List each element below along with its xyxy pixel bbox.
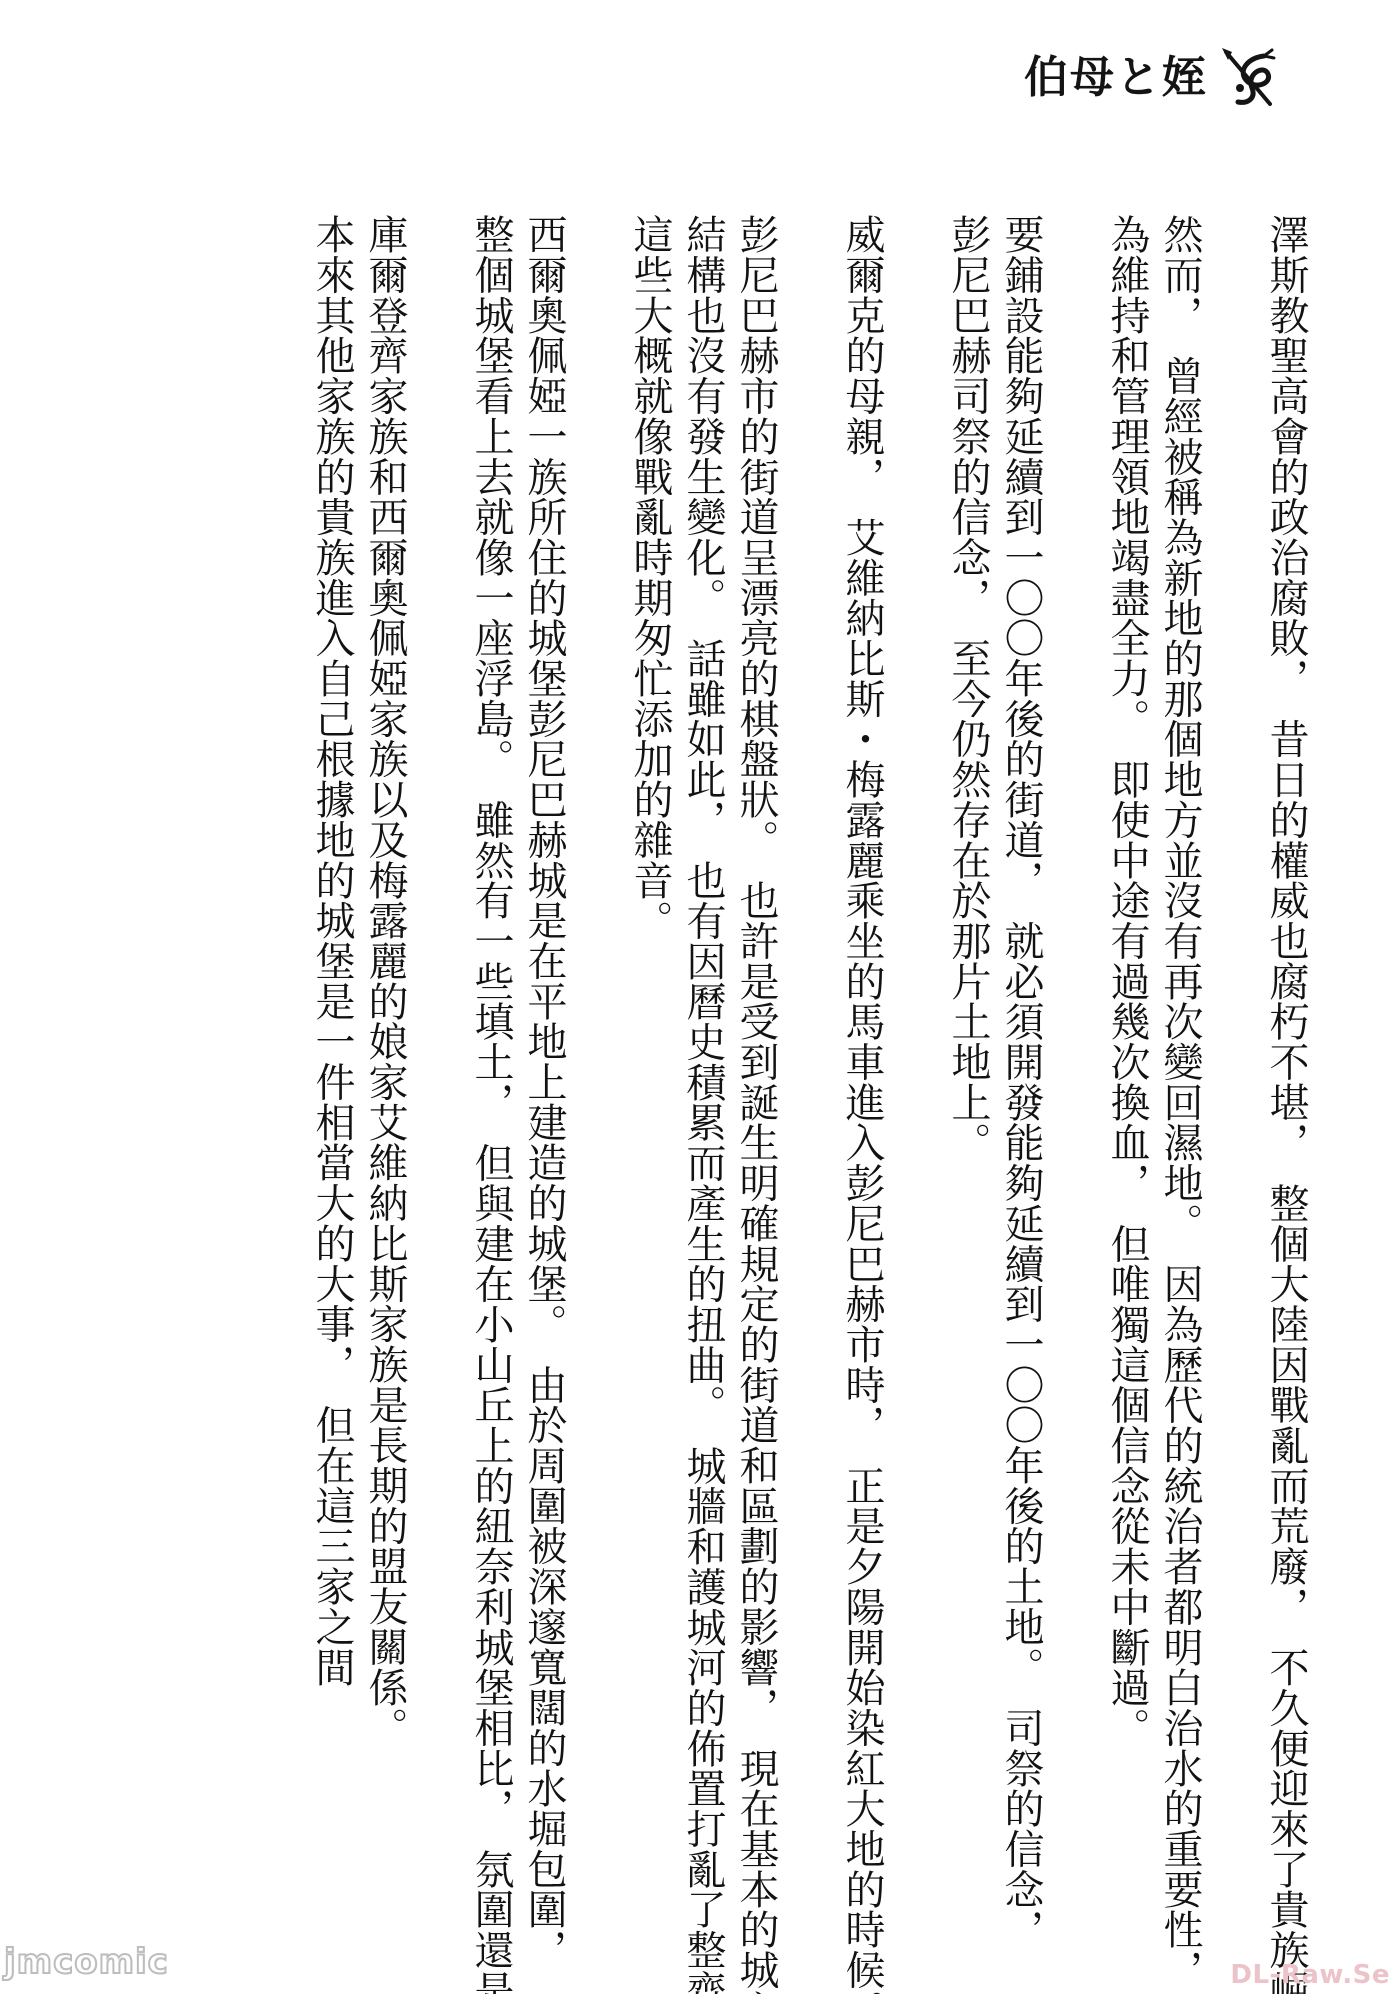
text-column: 威爾克的母親， 艾維納比斯・梅露麗乘坐的馬車進入彭尼巴赫市時， 正是夕陽開始染紅…	[835, 214, 888, 1774]
vertical-body-text: 澤斯教聖高會的政治腐敗， 昔日的權威也腐朽不堪， 整個大陸因戰亂而荒廢， 不久便…	[305, 214, 1312, 1774]
text-column: 為維持和管理領地竭盡全力。 即使中途有過幾次換血， 但唯獨這個信念從未中斷過。	[1100, 214, 1153, 1774]
watermark-jmcomic: jmcomic	[4, 1942, 169, 1982]
paragraph-gap	[570, 214, 623, 1774]
paragraph-gap	[1047, 214, 1100, 1774]
paragraph-gap	[888, 214, 941, 1774]
text-column: 要鋪設能夠延續到一〇〇年後的街道， 就必須開發能夠延續到一〇〇年後的土地。 司祭…	[994, 214, 1047, 1774]
serpent-spear-emblem-icon	[1218, 48, 1282, 108]
chapter-title: 伯母と姪	[1024, 56, 1208, 100]
text-column: 庫爾登齊家族和西爾奧佩婭家族以及梅露麗的娘家艾維納比斯家族是長期的盟友關係。	[358, 214, 411, 1774]
chapter-header: 伯母と姪	[1024, 48, 1282, 108]
text-column: 澤斯教聖高會的政治腐敗， 昔日的權威也腐朽不堪， 整個大陸因戰亂而荒廢， 不久便…	[1259, 214, 1312, 1774]
paragraph-gap	[782, 214, 835, 1774]
text-column: 本來其他家族的貴族進入自己根據地的城堡是一件相當大的大事， 但在這三家之間	[305, 214, 358, 1774]
text-column: 整個城堡看上去就像一座浮島。 雖然有一些填土， 但與建在小山丘上的紐奈利城堡相比…	[464, 214, 517, 1774]
text-column: 彭尼巴赫市的街道呈漂亮的棋盤狀。 也許是受到誕生明確規定的街道和區劃的影響， 現…	[729, 214, 782, 1774]
text-column: 然而， 曾經被稱為新地的那個地方並沒有再次變回濕地。 因為歷代的統治者都明白治水…	[1153, 214, 1206, 1774]
paragraph-gap	[1206, 214, 1259, 1774]
text-column: 這些大概就像戰亂時期匆忙添加的雜音。	[623, 214, 676, 1774]
paragraph-gap	[411, 214, 464, 1774]
text-column: 結構也沒有發生變化。 話雖如此， 也有因曆史積累而產生的扭曲。 城牆和護城河的佈…	[676, 214, 729, 1774]
watermark-dl-raw: DL-Raw.Se	[1230, 1960, 1390, 1990]
text-column: 西爾奧佩婭一族所住的城堡彭尼巴赫城是在平地上建造的城堡。 由於周圍被深邃寬闊的水…	[517, 214, 570, 1774]
text-column: 彭尼巴赫司祭的信念， 至今仍然存在於那片土地上。	[941, 214, 994, 1774]
